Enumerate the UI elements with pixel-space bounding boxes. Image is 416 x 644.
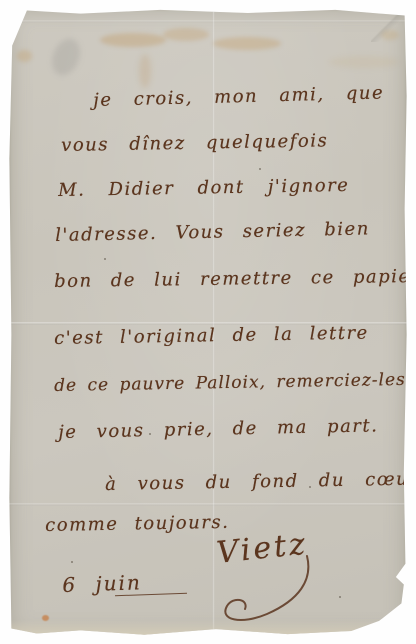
letter-paper: je crois, mon ami, que vous dînez quelqu… xyxy=(9,8,407,636)
handwriting-line-8: je vous prie, de ma part. xyxy=(58,415,379,443)
handwriting-line-2: vous dînez quelquefois xyxy=(61,130,328,156)
rust-stain xyxy=(100,33,166,47)
handwriting-line-7: de ce pauvre Palloix, remerciez-les xyxy=(54,370,406,396)
rust-stain xyxy=(213,37,281,50)
gray-smudge xyxy=(47,35,85,80)
handwriting-line-10: comme toujours. xyxy=(45,512,230,536)
rust-stain xyxy=(163,28,209,41)
date-line: 6 juin xyxy=(62,570,142,597)
handwriting-line-1: je crois, mon ami, que xyxy=(93,82,384,111)
handwriting-line-6: c'est l'original de la lettre xyxy=(54,323,369,349)
deckle-edge-shadow xyxy=(9,620,407,636)
photo-background: je crois, mon ami, que vous dînez quelqu… xyxy=(0,0,416,644)
paper-speck xyxy=(339,596,341,598)
handwriting-line-4: l'adresse. Vous seriez bien xyxy=(55,218,370,246)
handwriting-line-9: à vous du fond du cœur xyxy=(105,469,416,495)
fold-crease-top xyxy=(9,20,407,23)
handwriting-line-3: M. Didier dont j'ignore xyxy=(58,175,350,201)
paper-speck xyxy=(259,168,261,170)
handwriting-line-5: bon de lui remettre ce papier. xyxy=(54,266,416,292)
rust-stain xyxy=(329,56,399,68)
rust-stain xyxy=(17,50,32,62)
rust-stain xyxy=(139,54,151,88)
paper-speck xyxy=(71,561,73,563)
paper-speck xyxy=(104,258,106,260)
rust-stain xyxy=(381,30,399,40)
fold-crease-lower xyxy=(9,503,407,506)
